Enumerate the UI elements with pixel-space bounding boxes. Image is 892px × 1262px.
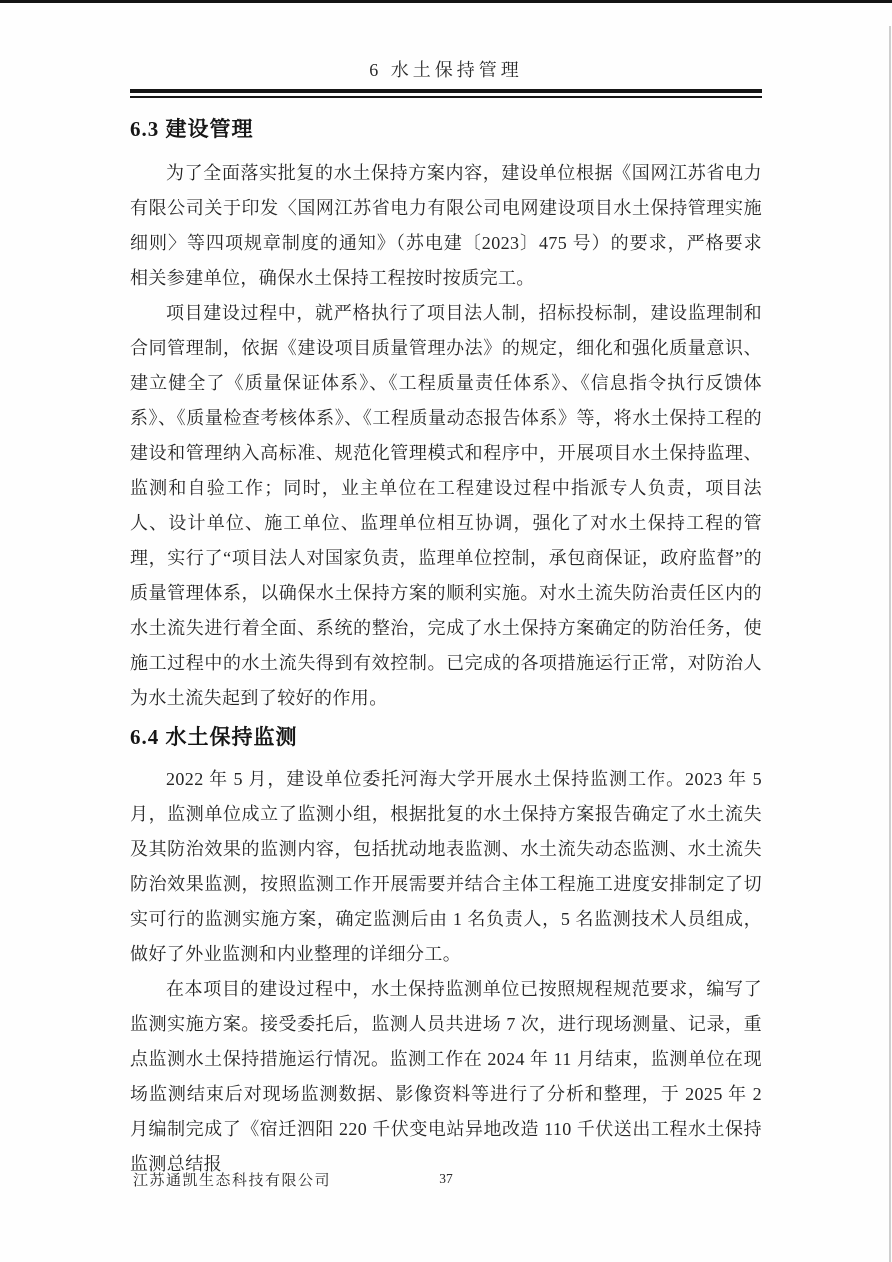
running-header-title: 6 水土保持管理: [130, 57, 762, 83]
header-double-rule: [130, 89, 762, 98]
page-right-scan-edge: [889, 26, 891, 1262]
footer-page-number: 37: [130, 1171, 762, 1187]
section-heading-6-3: 6.3 建设管理: [130, 114, 762, 144]
section-heading-6-4: 6.4 水土保持监测: [130, 722, 762, 752]
paragraph-6-3-1: 为了全面落实批复的水土保持方案内容，建设单位根据《国网江苏省电力有限公司关于印发…: [130, 156, 762, 296]
paragraph-6-4-1: 2022 年 5 月，建设单位委托河海大学开展水土保持监测工作。2023 年 5…: [130, 762, 762, 972]
page-content: 6 水土保持管理 6.3 建设管理 为了全面落实批复的水土保持方案内容，建设单位…: [130, 0, 762, 1182]
document-page: 6 水土保持管理 6.3 建设管理 为了全面落实批复的水土保持方案内容，建设单位…: [0, 0, 892, 1262]
paragraph-6-3-2: 项目建设过程中，就严格执行了项目法人制，招标投标制，建设监理制和合同管理制，依据…: [130, 296, 762, 716]
paragraph-6-4-2: 在本项目的建设过程中，水土保持监测单位已按照规程规范要求，编写了监测实施方案。接…: [130, 972, 762, 1182]
